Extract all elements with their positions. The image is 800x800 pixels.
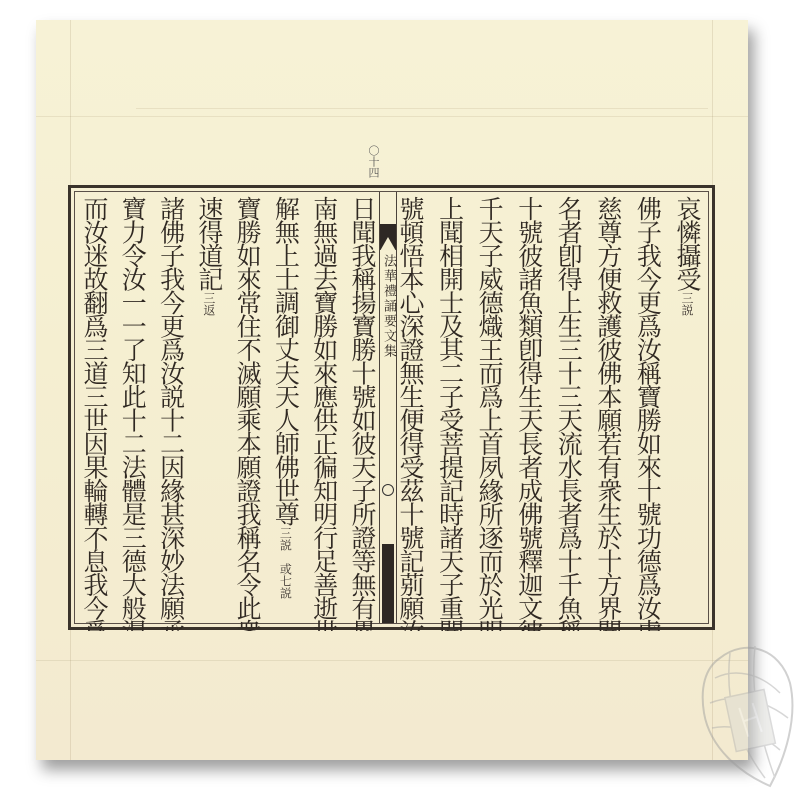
black-mouth-bottom [382, 544, 394, 623]
corner-watermark-icon [700, 638, 795, 788]
text-column: 慈尊方便救護彼佛本願若有衆生於十方界聞我 [593, 192, 623, 631]
column-text: 寶力令汝一一了知此十二法體是三德大般涅槃 [118, 196, 147, 631]
column-text: 哀憐攝受 [673, 196, 702, 290]
column-text: 千天子威德熾王而爲上首夙緣所逐而於光明會 [475, 196, 504, 631]
text-column: 名者卽得上生三十三天流水長者爲十千魚稱茲 [553, 192, 583, 631]
fishtail-mark-top [380, 224, 396, 250]
text-column: 號頓悟本心深證無生便得受茲十號記莂願汝今 [395, 192, 425, 631]
column-text: 諸佛子我今更爲汝説十二因緣甚深妙法願承三 [157, 196, 186, 631]
text-column: 十號彼諸魚類卽得生天長者成佛號釋迦文彼十 [514, 192, 544, 631]
column-note: 三説 或七説 [278, 527, 292, 599]
text-column: 諸佛子我今更爲汝説十二因緣甚深妙法願承三 [156, 192, 186, 631]
column-text: 寶勝如來常住不滅願乘本願證我稱名令此衆生 [233, 196, 262, 631]
column-text: 解無上士調御丈夫天人師佛世尊 [271, 196, 300, 525]
text-column: 佛子我今更爲汝稱寶勝如來十號功德爲汝虔請 [632, 192, 662, 631]
folio-number: 〇十四 [363, 145, 379, 178]
column-note: 三返 [202, 292, 216, 316]
gutter-circle-mark [382, 484, 394, 496]
text-column: 寶勝如來常住不滅願乘本願證我稱名令此衆生 [232, 192, 262, 631]
paper-crease [36, 116, 748, 117]
center-gutter: 法華禮誦要文集 [379, 192, 397, 623]
text-column: 速得道記三返 [194, 192, 224, 631]
column-text: 而汝迷故翻爲三道三世因果輪轉不息我今爲汝 [80, 196, 109, 631]
text-column: 千天子威德熾王而爲上首夙緣所逐而於光明會 [474, 192, 504, 631]
text-column: 南無過去寶勝如來應供正徧知明行足善逝世間 [309, 192, 339, 631]
print-frame: 哀憐攝受三説 佛子我今更爲汝稱寶勝如來十號功德爲汝虔請 慈尊方便救護彼佛本願若有… [68, 185, 715, 630]
column-text: 十號彼諸魚類卽得生天長者成佛號釋迦文彼十 [515, 196, 544, 631]
text-column: 寶力令汝一一了知此十二法體是三德大般涅槃 [117, 192, 147, 631]
column-text: 日聞我稱揚寶勝十號如彼天子所證等無有異 [348, 196, 377, 631]
text-column: 而汝迷故翻爲三道三世因果輪轉不息我今爲汝 [79, 192, 109, 631]
paper-crease [136, 108, 708, 109]
text-column: 哀憐攝受三説 [672, 192, 702, 631]
column-note: 三説 [680, 292, 694, 316]
column-text: 速得道記 [195, 196, 224, 290]
text-column: 日聞我稱揚寶勝十號如彼天子所證等無有異 [347, 192, 377, 631]
left-half-text: 日聞我稱揚寶勝十號如彼天子所證等無有異 南無過去寶勝如來應供正徧知明行足善逝世間… [79, 192, 377, 623]
column-text: 號頓悟本心深證無生便得受茲十號記莂願汝今 [396, 196, 425, 631]
column-text: 南無過去寶勝如來應供正徧知明行足善逝世間 [310, 196, 339, 631]
column-text: 慈尊方便救護彼佛本願若有衆生於十方界聞我 [594, 196, 623, 631]
column-text: 上聞相開士及其二子受菩提記時諸天子重聞十 [436, 196, 465, 631]
column-text: 佛子我今更爲汝稱寶勝如來十號功德爲汝虔請 [633, 196, 662, 631]
right-half-text: 哀憐攝受三説 佛子我今更爲汝稱寶勝如來十號功德爲汝虔請 慈尊方便救護彼佛本願若有… [395, 192, 702, 623]
gutter-title: 法華禮誦要文集 [379, 254, 397, 359]
text-column: 解無上士調御丈夫天人師佛世尊三説 或七説 [270, 192, 300, 631]
text-column: 上聞相開士及其二子受菩提記時諸天子重聞十 [435, 192, 465, 631]
paper-crease [36, 660, 748, 661]
column-text: 名者卽得上生三十三天流水長者爲十千魚稱茲 [554, 196, 583, 631]
